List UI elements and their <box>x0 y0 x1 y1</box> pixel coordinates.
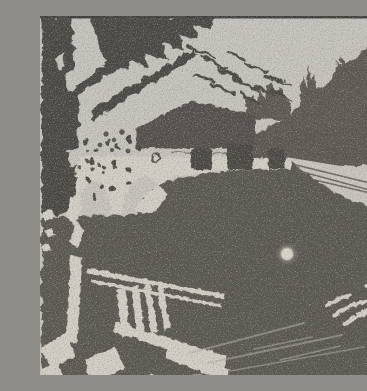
grain-light-texture <box>40 16 367 375</box>
illustration-canvas <box>40 16 367 375</box>
illustration <box>40 16 367 375</box>
